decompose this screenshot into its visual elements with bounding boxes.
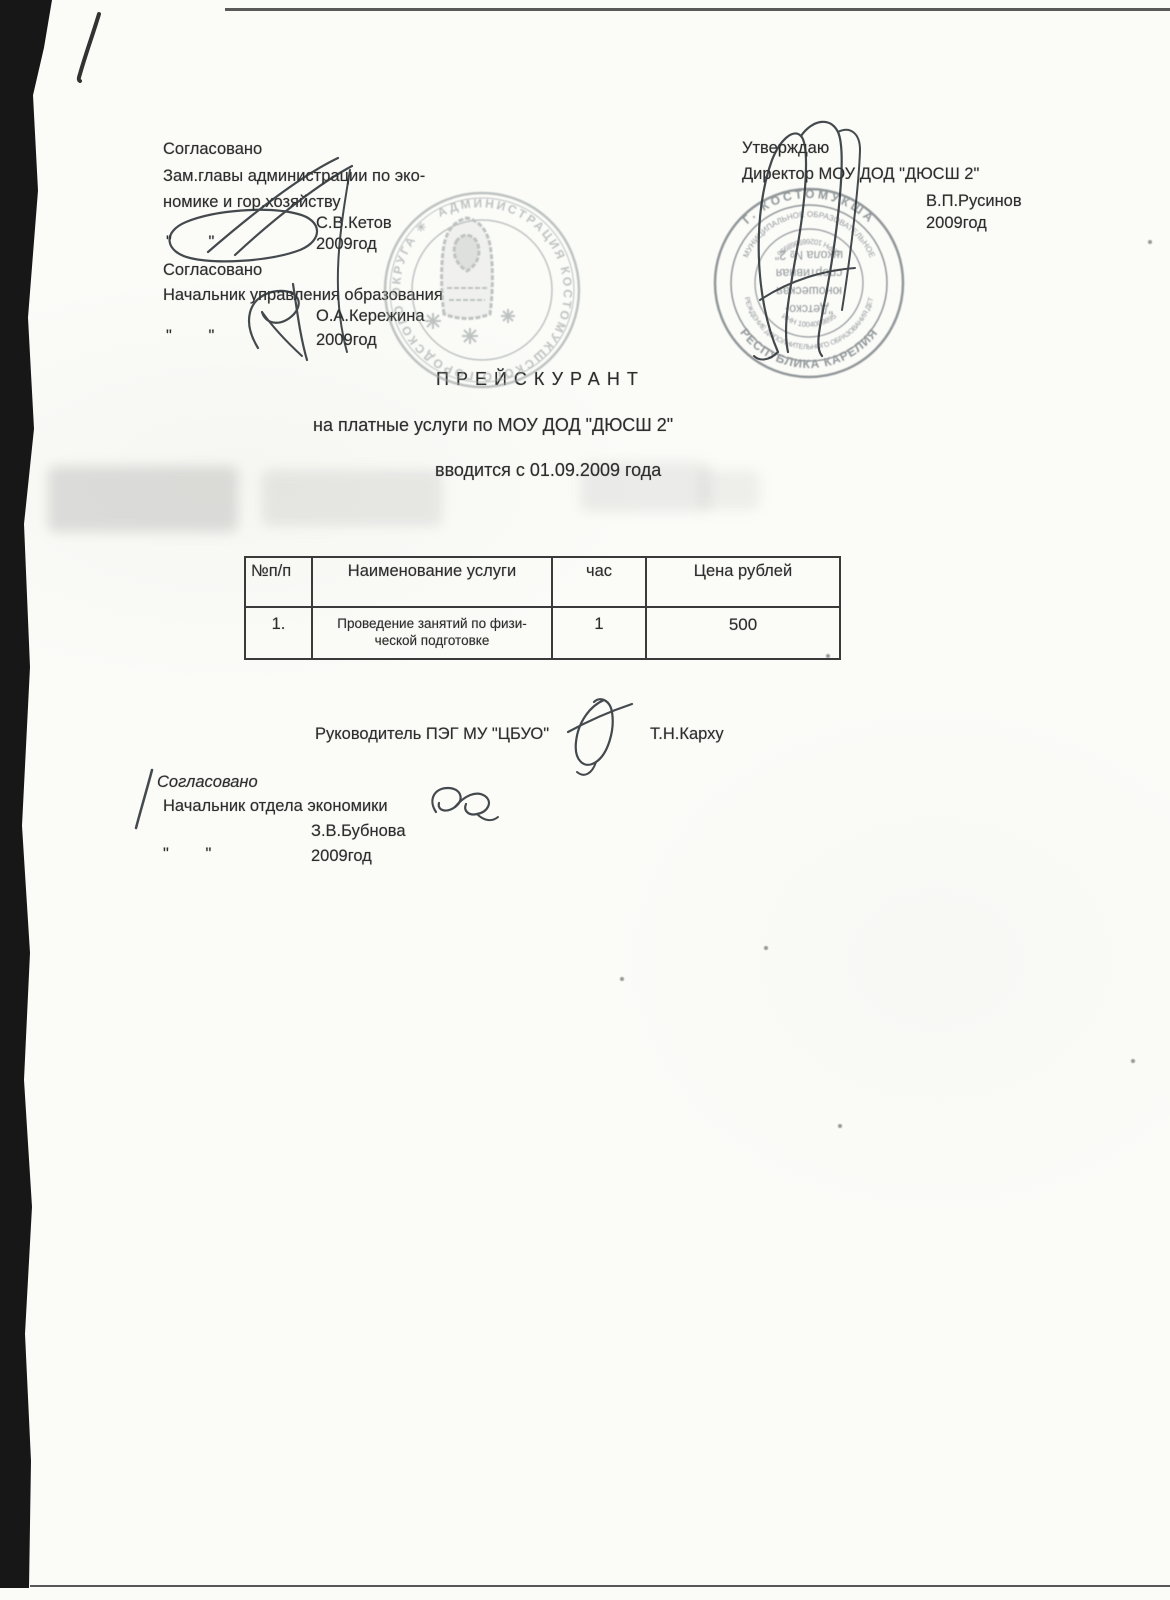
school-stamp-outer-top-text: Г. КОСТОМУКША (740, 187, 879, 227)
row-price: 500 (647, 608, 839, 658)
signoff-date-quotes: " " (163, 844, 211, 864)
scan-speck (620, 977, 624, 981)
header-num: №п/п (246, 558, 313, 608)
document-title: ПРЕЙСКУРАНТ (436, 369, 645, 389)
scan-top-edge-line (225, 8, 1170, 11)
row-num: 1. (246, 608, 313, 658)
row-service: Проведение занятий по физи- ческой подго… (313, 608, 553, 658)
svg-text:юношеская: юношеская (776, 284, 842, 298)
agreed-year-2: 2009год (316, 330, 377, 350)
header-price: Цена рублей (647, 558, 839, 608)
scan-speck (1148, 240, 1152, 244)
svg-text:✳ РЕСПУБЛИКА КАРЕЛИЯ ✳: ✳ РЕСПУБЛИКА КАРЕЛИЯ ✳ (0, 0, 883, 371)
svg-text:МУНИЦИПАЛЬНОЕ ОБРАЗОВАТЕЛЬНОЕ: МУНИЦИПАЛЬНОЕ ОБРАЗОВАТЕЛЬНОЕ (741, 210, 876, 259)
agreed-name-1: С.В.Кетов (316, 213, 392, 233)
agreed-label-1: Согласовано (163, 139, 262, 159)
document-subtitle: на платные услуги по МОУ ДОД "ДЮСШ 2" (313, 415, 673, 435)
school-round-stamp: Г. КОСТОМУКША ✳ РЕСПУБЛИКА КАРЕЛИЯ ✳ МУН… (0, 0, 903, 377)
scan-smudge (262, 470, 442, 526)
agreed-label-2: Согласовано (163, 260, 262, 280)
bubnova-signature (432, 788, 460, 812)
signoff-head-role: Руководитель ПЭГ МУ "ЦБУО" (315, 724, 549, 744)
corner-pen-slash (79, 14, 99, 81)
scan-speck (764, 946, 768, 950)
svg-text:"Детско-: "Детско- (785, 302, 833, 316)
svg-text:ОГРН 102669868996: ОГРН 102669868996 (775, 237, 843, 258)
admin-stamp-coat-of-arms (442, 218, 493, 319)
bubnova-signature (455, 794, 489, 815)
karkhu-signature (576, 699, 613, 765)
price-table: №п/п Наименование услуги час Цена рублей… (244, 556, 841, 660)
approve-name: В.П.Русинов (926, 191, 1022, 211)
admin-stamp-snowflakes (425, 309, 515, 344)
karkhu-signature (568, 704, 632, 732)
signoff-head-name: Т.Н.Карху (650, 724, 724, 744)
signoff-econ-name: З.В.Бубнова (311, 821, 406, 841)
header-service: Наименование услуги (313, 558, 553, 608)
table-row: 1. Проведение занятий по физи- ческой по… (246, 608, 839, 658)
scan-edge-black-bar (0, 0, 60, 1588)
scan-smudge (700, 470, 760, 510)
school-stamp-middle-top-text: МУНИЦИПАЛЬНОЕ ОБРАЗОВАТЕЛЬНОЕ (741, 210, 876, 259)
bubnova-signature (477, 814, 498, 820)
agreed-role-2: Начальник управления образования (163, 285, 443, 305)
scan-smudge (48, 466, 238, 532)
director-signature (754, 268, 855, 359)
scan-speck (1131, 1059, 1135, 1063)
row-service-line1: Проведение занятий по физи- (313, 615, 551, 632)
kerezhina-signature (262, 312, 302, 356)
agreed-year-1: 2009год (316, 234, 377, 254)
approve-label: Утверждаю (742, 138, 829, 158)
svg-text:ИНН 1004009895: ИНН 1004009895 (780, 311, 838, 329)
agreed-role-1-line1: Зам.главы администрации по эко- (163, 166, 425, 186)
date-quotes-2: " " (166, 326, 214, 346)
signoff-econ-year: 2009год (311, 846, 372, 866)
svg-text:школа № 2": школа № 2" (775, 248, 843, 262)
svg-text:Г. КОСТОМУКША: Г. КОСТОМУКША (740, 187, 879, 227)
school-stamp-inn-text: ИНН 1004009895 (780, 311, 838, 329)
row-hours: 1 (553, 608, 647, 658)
director-signature (838, 130, 860, 310)
header-hours: час (553, 558, 647, 608)
signoff-agreed-label: Согласовано (157, 772, 258, 792)
school-stamp-ogrn-text: ОГРН 102669868996 (775, 237, 843, 258)
karkhu-signature (577, 762, 596, 775)
school-stamp-outer-bottom-text: ✳ РЕСПУБЛИКА КАРЕЛИЯ ✳ (0, 0, 883, 371)
approve-role: Директор МОУ ДОД "ДЮСШ 2" (742, 164, 979, 184)
signoff-econ-role: Начальник отдела экономики (163, 796, 388, 816)
scanned-document-page: Согласовано Зам.главы администрации по э… (0, 0, 1170, 1600)
row-service-line2: ческой подготовке (313, 632, 551, 649)
bottom-pen-slash (136, 770, 152, 828)
date-quotes-1: " " (166, 232, 214, 252)
approve-year: 2009год (926, 213, 987, 233)
agreed-name-2: О.А.Кережина (316, 306, 425, 326)
scan-bottom-edge-line (30, 1585, 1170, 1587)
effective-date-line: вводится с 01.09.2009 года (435, 460, 661, 480)
scan-speck (838, 1124, 842, 1128)
svg-text:спортивная: спортивная (776, 266, 843, 280)
table-header-row: №п/п Наименование услуги час Цена рублей (246, 558, 839, 608)
school-stamp-center-name: "Детско- юношеская спортивная школа № 2" (775, 248, 843, 316)
agreed-role-1-line2: номике и гор.хозяйству (163, 192, 341, 212)
